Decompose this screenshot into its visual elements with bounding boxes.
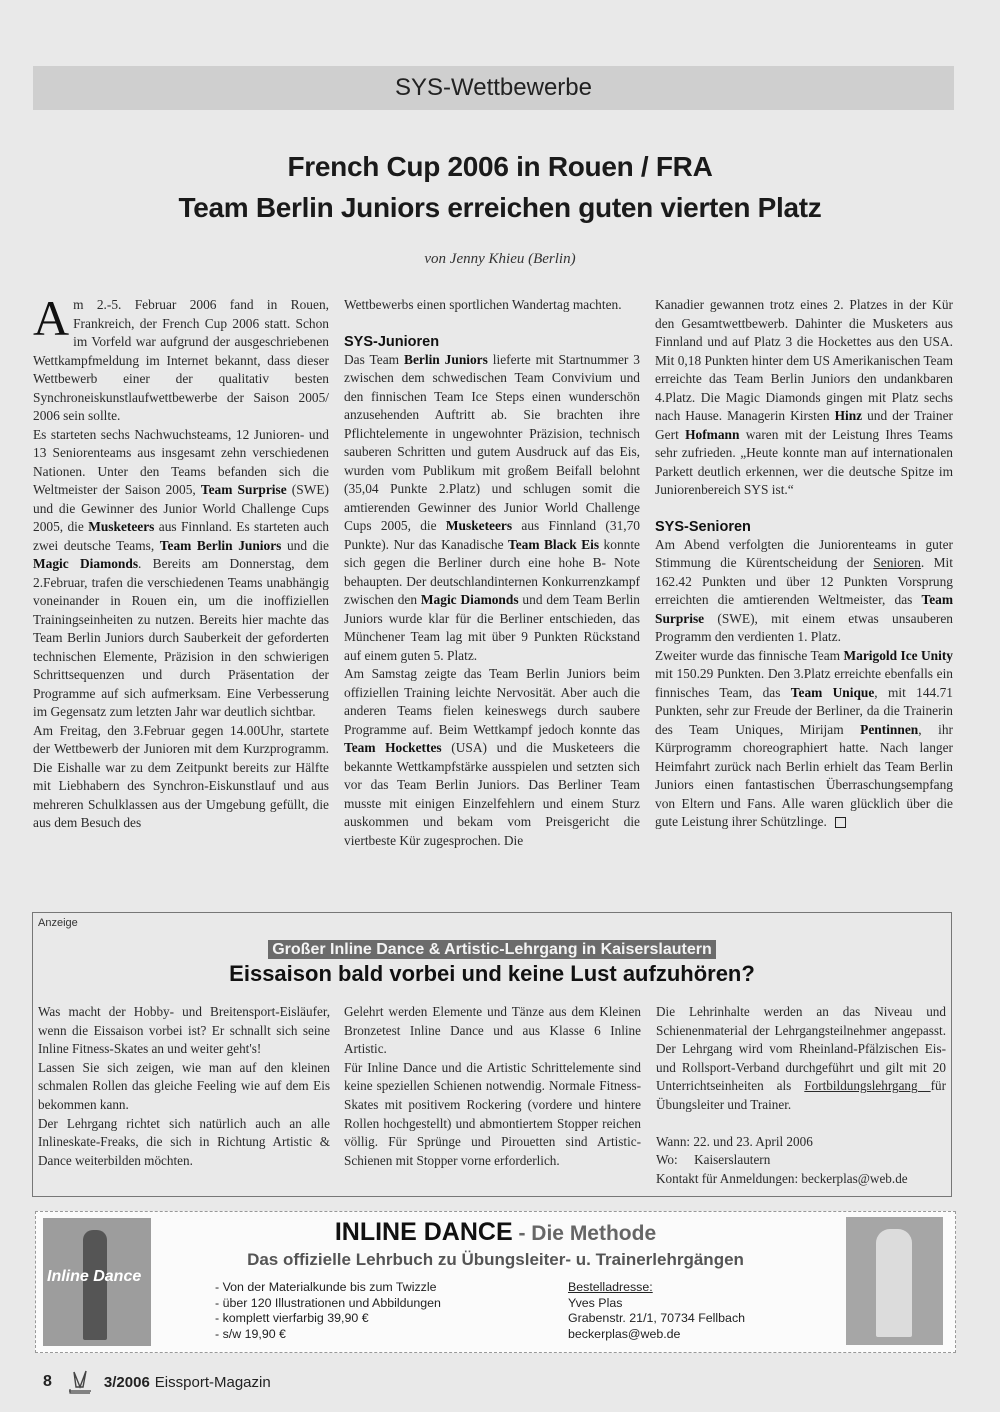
- paragraph: Kanadier gewannen trotz eines 2. Platzes…: [655, 296, 953, 500]
- paragraph: Am Samstag zeigte das Team Berlin Junior…: [344, 665, 640, 850]
- ad-column-2: Gelehrt werden Elemente und Tänze aus de…: [344, 1003, 641, 1170]
- paragraph: Am 2.-5. Februar 2006 fand in Rouen, Fra…: [33, 296, 329, 426]
- magazine-logo-icon: [66, 1369, 94, 1395]
- book-title: INLINE DANCE - Die Methode: [36, 1218, 955, 1247]
- advertisement-box: Anzeige Großer Inline Dance & Artistic-L…: [32, 912, 952, 1197]
- paragraph: Es starteten sechs Nachwuchsteams, 12 Ju…: [33, 426, 329, 722]
- article-column-1: Am 2.-5. Februar 2006 fand in Rouen, Fra…: [33, 296, 329, 833]
- paragraph: Das Team Berlin Juniors lieferte mit Sta…: [344, 351, 640, 666]
- paragraph: Zweiter wurde das finnische Team Marigol…: [655, 647, 953, 832]
- ad-contact: Kontakt für Anmeldungen: beckerplas@web.…: [656, 1170, 946, 1189]
- article-byline: von Jenny Khieu (Berlin): [0, 251, 1000, 268]
- book-features: - Von der Materialkunde bis zum Twizzle …: [215, 1280, 441, 1342]
- subheading-junioren: SYS-Junioren: [344, 333, 640, 351]
- ad-date: Wann: 22. und 23. April 2006: [656, 1133, 946, 1152]
- drop-cap: A: [33, 298, 69, 338]
- ad-label: Anzeige: [38, 917, 78, 929]
- order-address: Bestelladresse: Yves Plas Grabenstr. 21/…: [568, 1280, 745, 1342]
- ad-column-1: Was macht der Hobby- und Breitensport-Ei…: [38, 1003, 330, 1170]
- section-header: SYS-Wettbewerbe: [33, 66, 954, 110]
- page-number: 8: [43, 1373, 52, 1391]
- magazine-name: Eissport-Magazin: [155, 1374, 271, 1391]
- end-of-article-icon: [835, 817, 846, 828]
- ad-column-3: Die Lehrinhalte werden an das Niveau und…: [656, 1003, 946, 1188]
- book-advertisement: Inline Dance INLINE DANCE - Die Methode …: [35, 1211, 956, 1353]
- article-column-2: Wettbewerbs einen sportlichen Wandertag …: [344, 296, 640, 850]
- paragraph: Am Abend verfolgten die Juniorenteams in…: [655, 536, 953, 647]
- book-back-cover-image: [846, 1217, 943, 1345]
- ad-title: Eissaison bald vorbei und keine Lust auf…: [33, 961, 951, 987]
- article-column-3: Kanadier gewannen trotz eines 2. Platzes…: [655, 296, 953, 832]
- page-footer: 8 3/2006 Eissport-Magazin: [43, 1369, 271, 1395]
- ad-location: Wo: Kaiserslautern: [656, 1151, 946, 1170]
- skater-silhouette-icon: [876, 1229, 912, 1337]
- paragraph: Am Freitag, den 3.Februar gegen 14.00Uhr…: [33, 722, 329, 833]
- section-title: SYS-Wettbewerbe: [395, 74, 592, 102]
- order-email: beckerplas@web.de: [568, 1327, 745, 1343]
- article-title-line1: French Cup 2006 in Rouen / FRA: [0, 151, 1000, 183]
- article-title-line2: Team Berlin Juniors erreichen guten vier…: [0, 192, 1000, 224]
- subheading-senioren: SYS-Senioren: [655, 518, 953, 536]
- book-subtitle: Das offizielle Lehrbuch zu Übungsleiter-…: [36, 1250, 955, 1270]
- paragraph: Wettbewerbs einen sportlichen Wandertag …: [344, 296, 640, 315]
- issue-number: 3/2006: [104, 1374, 150, 1391]
- ad-kicker: Großer Inline Dance & Artistic-Lehrgang …: [33, 941, 951, 959]
